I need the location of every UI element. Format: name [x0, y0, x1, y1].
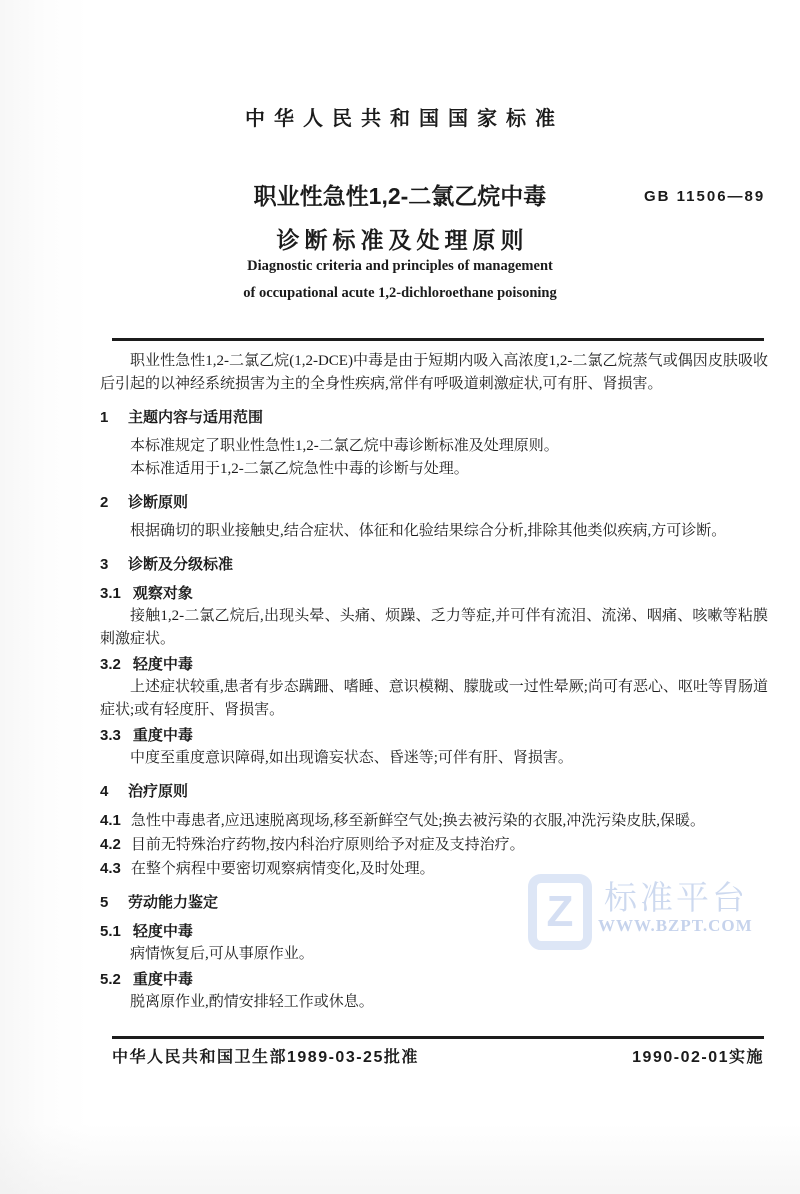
paragraph: 病情恢复后,可从事原作业。: [100, 943, 768, 966]
clause-text: 急性中毒患者,应迅速脱离现场,移至新鲜空气处;换去被污染的衣服,冲洗污染皮肤,保…: [131, 813, 705, 829]
clause-number: 4.3: [100, 857, 121, 880]
clause-text: 在整个病程中要密切观察病情变化,及时处理。: [131, 861, 435, 877]
section-title: 诊断及分级标准: [128, 556, 233, 573]
approval-note: 中华人民共和国卫生部1989-03-25批准: [112, 1044, 419, 1067]
clause-4-1: 4.1急性中毒患者,应迅速脱离现场,移至新鲜空气处;换去被污染的衣服,冲洗污染皮…: [100, 809, 768, 833]
english-title-line1: Diagnostic criteria and principles of ma…: [0, 253, 800, 280]
subsection-number: 3.2: [100, 653, 121, 676]
title-line1: 职业性急性1,2-二氯乙烷中毒: [254, 183, 547, 209]
paragraph: 脱离原作业,酌情安排轻工作或休息。: [100, 991, 768, 1014]
clause-number: 4.1: [100, 809, 121, 832]
subsection-heading-5-2: 5.2重度中毒: [100, 968, 768, 991]
paragraph: 本标准规定了职业性急性1,2-二氯乙烷中毒诊断标准及处理原则。: [100, 435, 768, 458]
subsection-number: 3.3: [100, 724, 121, 747]
section-number: 2: [100, 491, 114, 514]
section-title: 主题内容与适用范围: [128, 409, 263, 426]
subsection-title: 轻度中毒: [133, 923, 193, 940]
header-divider: [112, 338, 764, 341]
standard-code: GB 11506—89: [644, 188, 765, 205]
subsection-heading-3-1: 3.1观察对象: [100, 582, 768, 605]
english-title: Diagnostic criteria and principles of ma…: [0, 253, 800, 307]
subsection-number: 3.1: [100, 582, 121, 605]
section-heading-3: 3诊断及分级标准: [100, 553, 768, 576]
section-number: 5: [100, 891, 114, 914]
section-number: 3: [100, 553, 114, 576]
standard-label: 中华人民共和国国家标准: [0, 102, 800, 131]
subsection-number: 5.2: [100, 968, 121, 991]
implementation-note: 1990-02-01实施: [632, 1044, 764, 1067]
section-heading-4: 4治疗原则: [100, 780, 768, 803]
subsection-title: 重度中毒: [133, 971, 193, 988]
footer: 中华人民共和国卫生部1989-03-25批准 1990-02-01实施: [112, 1044, 764, 1067]
subsection-heading-5-1: 5.1轻度中毒: [100, 920, 768, 943]
section-heading-5: 5劳动能力鉴定: [100, 891, 768, 914]
subsection-title: 轻度中毒: [133, 656, 193, 673]
section-number: 4: [100, 780, 114, 803]
document-page: Z 标准平台 WWW.BZPT.COM 中华人民共和国国家标准 职业性急性1,2…: [0, 0, 800, 1194]
paragraph: 根据确切的职业接触史,结合症状、体征和化验结果综合分析,排除其他类似疾病,方可诊…: [100, 520, 768, 543]
section-number: 1: [100, 406, 114, 429]
subsection-heading-3-3: 3.3重度中毒: [100, 724, 768, 747]
subsection-title: 重度中毒: [133, 727, 193, 744]
paragraph: 上述症状较重,患者有步态蹒跚、嗜睡、意识模糊、朦胧或一过性晕厥;尚可有恶心、呕吐…: [100, 676, 768, 722]
footer-divider: [112, 1036, 764, 1039]
clause-4-3: 4.3在整个病程中要密切观察病情变化,及时处理。: [100, 857, 768, 881]
section-heading-1: 1主题内容与适用范围: [100, 406, 768, 429]
section-title: 诊断原则: [128, 494, 188, 511]
clause-text: 目前无特殊治疗药物,按内科治疗原则给予对症及支持治疗。: [131, 837, 525, 853]
paragraph: 本标准适用于1,2-二氯乙烷急性中毒的诊断与处理。: [100, 458, 768, 481]
clause-4-2: 4.2目前无特殊治疗药物,按内科治疗原则给予对症及支持治疗。: [100, 833, 768, 857]
section-heading-2: 2诊断原则: [100, 491, 768, 514]
document-body: 职业性急性1,2-二氯乙烷(1,2-DCE)中毒是由于短期内吸入高浓度1,2-二…: [100, 350, 768, 1014]
clause-number: 4.2: [100, 833, 121, 856]
subsection-number: 5.1: [100, 920, 121, 943]
section-title: 治疗原则: [128, 783, 188, 800]
subsection-heading-3-2: 3.2轻度中毒: [100, 653, 768, 676]
subsection-title: 观察对象: [133, 585, 193, 602]
intro-paragraph: 职业性急性1,2-二氯乙烷(1,2-DCE)中毒是由于短期内吸入高浓度1,2-二…: [100, 350, 768, 396]
paragraph: 接触1,2-二氯乙烷后,出现头晕、头痛、烦躁、乏力等症,并可伴有流泪、流涕、咽痛…: [100, 605, 768, 651]
english-title-line2: of occupational acute 1,2-dichloroethane…: [0, 280, 800, 307]
section-title: 劳动能力鉴定: [128, 894, 218, 911]
paragraph: 中度至重度意识障碍,如出现谵妄状态、昏迷等;可伴有肝、肾损害。: [100, 747, 768, 770]
